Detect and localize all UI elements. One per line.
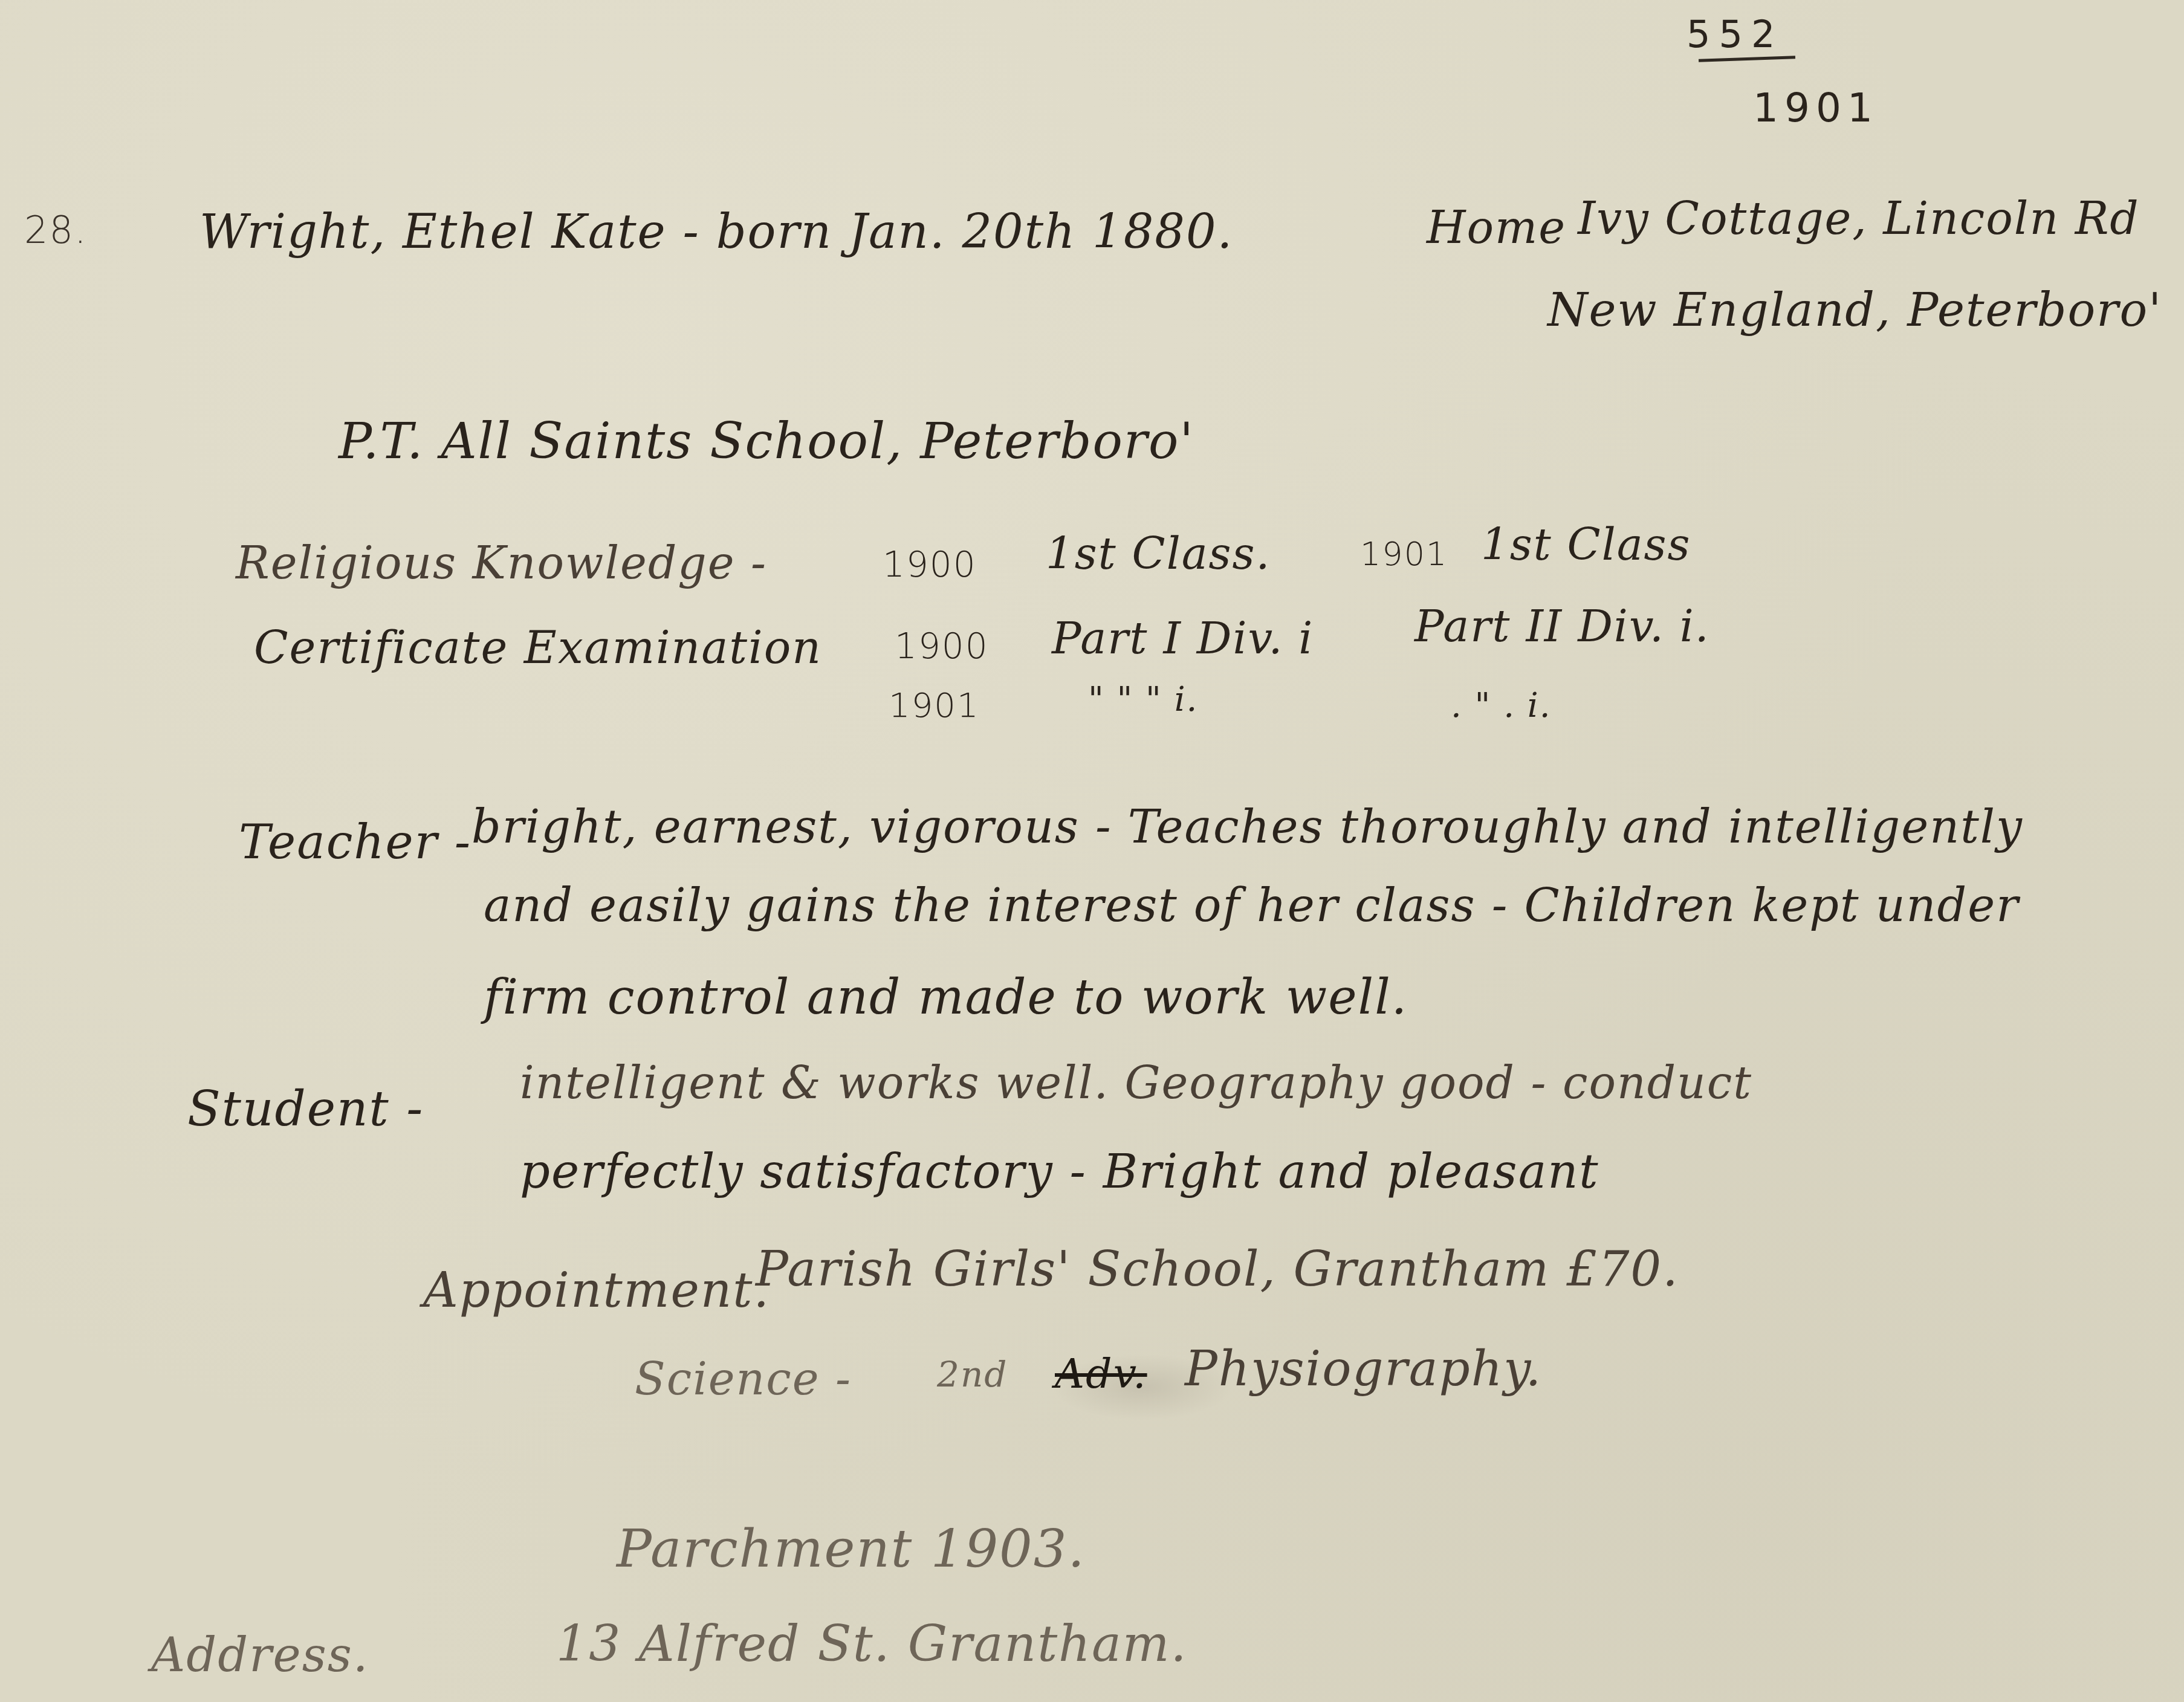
certificate-exam-result1-part1: Part I Div. i xyxy=(1052,616,1314,660)
entry-number: 28. xyxy=(24,212,88,249)
certificate-exam-result2-part2: . " . i. xyxy=(1451,689,1551,723)
certificate-exam-label: Certificate Examination xyxy=(254,626,822,670)
teacher-report-line2: and easily gains the interest of her cla… xyxy=(484,882,2019,928)
reference-divider xyxy=(1699,56,1795,62)
teacher-report-line1: bright, earnest, vigorous - Teaches thor… xyxy=(471,804,2023,850)
student-label: Student - xyxy=(187,1085,424,1133)
student-report-line2: perfectly satisfactory - Bright and plea… xyxy=(520,1148,1599,1196)
religious-knowledge-result1: 1st Class. xyxy=(1046,532,1271,575)
home-label: Home xyxy=(1427,205,1566,250)
religious-knowledge-label: Religious Knowledge - xyxy=(236,541,767,586)
teacher-report-line3: firm control and made to work well. xyxy=(484,973,1408,1021)
pupil-teacher-school: P.T. All Saints School, Peterboro' xyxy=(339,417,1194,467)
appointment-value: Parish Girls' School, Grantham £70. xyxy=(756,1245,1679,1293)
science-label: Science - xyxy=(635,1357,852,1402)
address-value: 13 Alfred St. Grantham. xyxy=(556,1620,1188,1669)
home-address-line1: Ivy Cottage, Lincoln Rd xyxy=(1578,196,2140,241)
parchment-note: Parchment 1903. xyxy=(617,1523,1086,1575)
certificate-exam-year1: 1900 xyxy=(895,629,989,664)
name-and-birth: Wright, Ethel Kate - born Jan. 20th 1880… xyxy=(199,209,1233,256)
home-address-line2: New England, Peterboro' xyxy=(1547,287,2162,333)
certificate-exam-result1-part2: Part II Div. i. xyxy=(1414,604,1710,648)
religious-knowledge-year1: 1900 xyxy=(883,547,977,582)
ledger-page: 552 1901 28. Wright, Ethel Kate - born J… xyxy=(0,0,2184,1702)
science-value: Physiography. xyxy=(1185,1345,1542,1393)
appointment-label: Appointment. xyxy=(423,1266,770,1315)
religious-knowledge-result2: 1st Class xyxy=(1481,523,1691,566)
address-label: Address. xyxy=(151,1632,369,1679)
certificate-exam-year2: 1901 xyxy=(889,689,980,723)
student-report-line1: intelligent & works well. Geography good… xyxy=(520,1061,1752,1105)
teacher-label: Teacher - xyxy=(239,819,471,866)
certificate-exam-result2-part1: " " " i. xyxy=(1088,683,1198,717)
religious-knowledge-year2: 1901 xyxy=(1360,538,1448,571)
science-level: 2nd xyxy=(937,1357,1008,1392)
reference-year: 1901 xyxy=(1753,85,1879,131)
science-struck-word: Adv. xyxy=(1055,1354,1147,1395)
reference-number: 552 xyxy=(1687,12,1783,56)
